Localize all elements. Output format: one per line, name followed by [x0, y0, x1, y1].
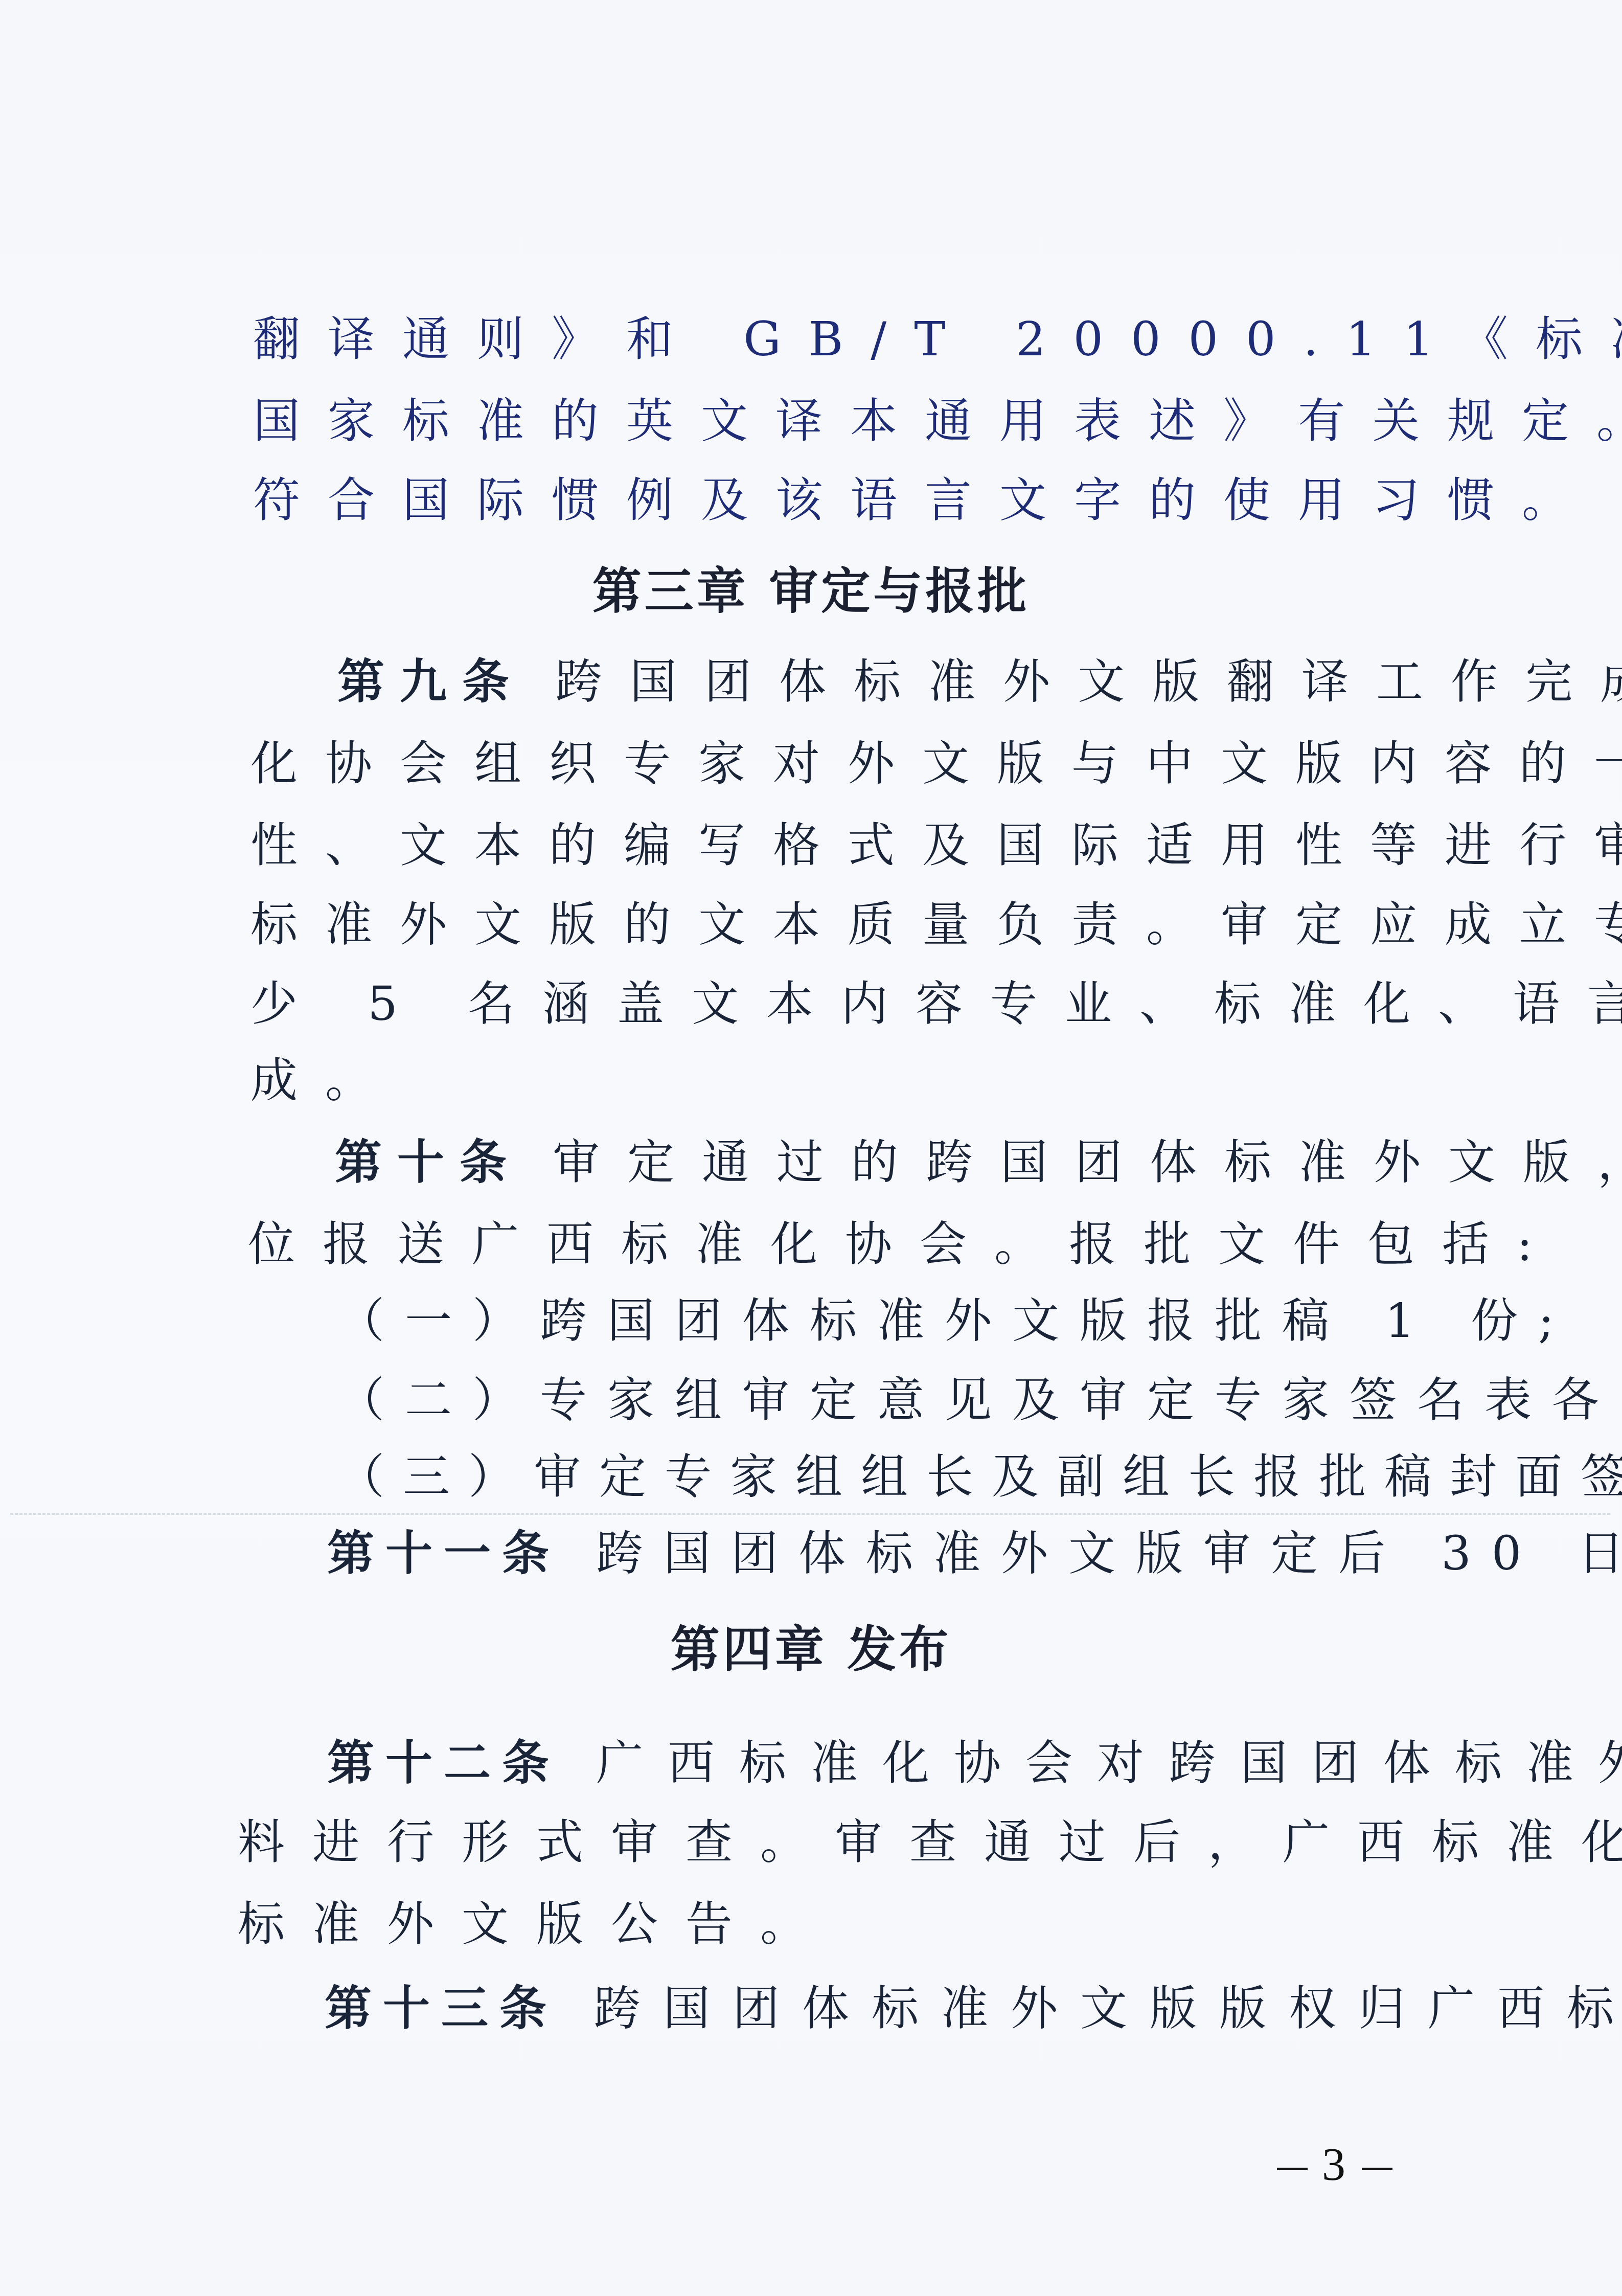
paragraph-line: 国家标准的英文译本通用表述》有关规定。其他语种外文版应 — [253, 383, 1622, 451]
list-item: （二）专家组审定意见及审定专家签名表各 1 份; — [337, 1362, 1622, 1430]
article-label: 第十二条 — [327, 1736, 560, 1790]
scan-artifact-line — [10, 1513, 1610, 1515]
article-text: 跨国团体标准外文版审定后 30 日内完成报批。 — [596, 1526, 1622, 1581]
paragraph-line: 位报送广西标准化协会。报批文件包括: — [248, 1207, 1560, 1274]
paragraph-line: 少 5 名涵盖文本内容专业、标准化、语言等方面的专家共同组 — [250, 966, 1622, 1034]
document-page: 翻译通则》和 GB/T 20000.11《标准化工作指南 第 11 部分: 国家… — [0, 0, 1622, 2296]
paragraph-line: 料进行形式审查。审查通过后，广西标准化协会发布跨国团体 — [238, 1805, 1622, 1872]
dash-left — [1277, 2168, 1308, 2170]
paragraph-line: 符合国际惯例及该语言文字的使用习惯。 — [253, 463, 1596, 530]
paragraph-line: 化协会组织专家对外文版与中文版内容的一致性、表述的准确 — [250, 726, 1622, 793]
article-text: 跨国团体标准外文版版权归广西标准化协会所 — [593, 1981, 1622, 2036]
paragraph-line: 标准外文版的文本质量负责。审定应成立专家组，专家组由至 — [250, 887, 1622, 954]
article-label: 第十一条 — [327, 1526, 560, 1581]
article-label: 第十条 — [335, 1135, 522, 1190]
paragraph-line: 标准外文版公告。 — [238, 1886, 835, 1954]
article-13: 第十三条跨国团体标准外文版版权归广西标准化协会所 — [325, 1971, 1622, 2038]
article-11: 第十一条跨国团体标准外文版审定后 30 日内完成报批。 — [327, 1516, 1622, 1583]
page-number-footer: 3 — [1263, 2137, 1407, 2191]
chapter-3-heading: 第三章 审定与报批 — [0, 552, 1622, 622]
list-item: （一）跨国团体标准外文版报批稿 1 份; — [337, 1283, 1574, 1351]
article-text: 跨国团体标准外文版翻译工作完成后，广西标准 — [555, 654, 1622, 709]
chapter-4-heading: 第四章 发布 — [0, 1610, 1622, 1680]
article-label: 第九条 — [337, 654, 524, 709]
paragraph-line: 翻译通则》和 GB/T 20000.11《标准化工作指南 第 11 部分: — [253, 302, 1622, 369]
paragraph-line: 性、文本的编写格式及国际适用性等进行审定，并对跨国团体 — [250, 808, 1622, 875]
dash-right — [1362, 2168, 1392, 2170]
paragraph-line: 成。 — [250, 1043, 400, 1110]
article-text: 广西标准化协会对跨国团体标准外文版报批材 — [596, 1736, 1622, 1790]
article-text: 审定通过的跨国团体标准外文版，由标准起草单 — [553, 1135, 1622, 1190]
page-number: 3 — [1322, 2138, 1347, 2190]
list-item: （三）审定专家组组长及副组长报批稿封面签字各 1 份。 — [337, 1439, 1622, 1507]
article-label: 第十三条 — [325, 1981, 558, 2036]
